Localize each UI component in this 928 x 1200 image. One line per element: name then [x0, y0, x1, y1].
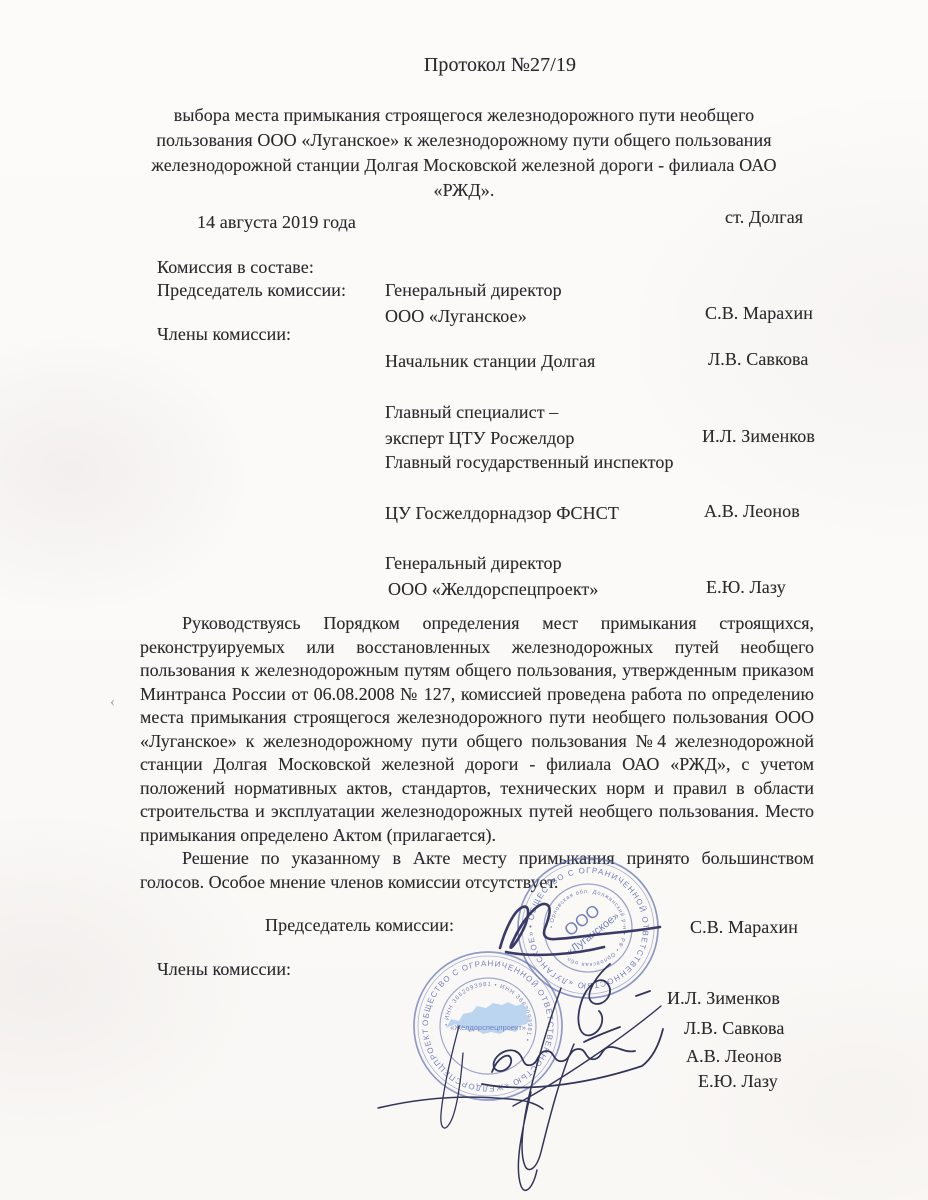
- signature-lazu-horizontal-stroke: [378, 1097, 543, 1109]
- doc-subtitle-line: выбора места примыкания строящегося желе…: [134, 103, 794, 128]
- doc-title: Протокол №27/19: [72, 54, 928, 77]
- doc-place: ст. Долгая: [725, 207, 803, 228]
- commission-role-line: Главный государственный инспектор: [385, 452, 674, 473]
- signature-member-name: Е.Ю. Лазу: [698, 1071, 778, 1092]
- body-paragraph-2: Решение по указанному в Акте месту примы…: [140, 847, 814, 894]
- commission-role-line: Генеральный директор: [385, 553, 562, 574]
- stamp-inner-circle: [440, 978, 536, 1074]
- commission-role-line: ЦУ Госжелдорнадзор ФСНСТ: [385, 503, 619, 524]
- svg-text:• Орловская обл. Должанский р-: • Орловская обл. Должанский р-н • РФ • О…: [549, 889, 627, 967]
- commission-member-name: А.В. Леонов: [704, 501, 800, 522]
- doc-subtitle-line: пользования ООО «Луганское» к железнодор…: [134, 128, 794, 153]
- signature-member-name: И.Л. Зименков: [667, 988, 780, 1009]
- commission-chairman-label: Председатель комиссии:: [157, 280, 346, 301]
- signature-chairman-stroke: [500, 904, 660, 955]
- stamp-center-text-1: ООО: [561, 901, 604, 940]
- commission-role-line: ООО «Желдорспецпроект»: [388, 579, 599, 600]
- doc-date: 14 августа 2019 года: [197, 212, 356, 233]
- commission-role-line: эксперт ЦТУ Росжелдор: [385, 428, 574, 449]
- stamp-outer-circle-2: [418, 956, 558, 1096]
- svg-text:ОБЩЕСТВО С ОГРАНИЧЕННОЙ ОТВЕТС: ОБЩЕСТВО С ОГРАНИЧЕННОЙ ОТВЕТСТВЕННОСТЬЮ…: [421, 959, 555, 1093]
- body-text-block: Руководствуясь Порядком определения мест…: [140, 612, 814, 894]
- commission-member-name: С.В. Марахин: [705, 303, 813, 324]
- commission-member-name: Л.В. Савкова: [708, 349, 809, 370]
- russia-map-silhouette: [446, 1002, 530, 1034]
- commission-intro: Комиссия в составе:: [157, 257, 314, 278]
- commission-role-line: ООО «Луганское»: [385, 306, 527, 327]
- signature-zimenkov-stroke: [578, 964, 650, 1042]
- stamp-center-text-2: «Луганское»: [564, 910, 622, 959]
- stamp-zheldorspecproekt: ОБЩЕСТВО С ОГРАНИЧЕННОЙ ОТВЕТСТВЕННОСТЬЮ…: [414, 952, 562, 1100]
- stamp-inner-ring-text: • Орловская обл. Должанский р-н • РФ • О…: [549, 889, 627, 967]
- signature-member-name: А.В. Леонов: [686, 1046, 782, 1067]
- commission-role-line: Генеральный директор: [385, 280, 562, 301]
- stamp-outer-circle: [414, 952, 562, 1100]
- commission-members-label: Члены комиссии:: [157, 324, 291, 345]
- signature-savkova-stroke: [513, 1006, 661, 1106]
- doc-subtitle-line: железнодорожной станции Долгая Московско…: [134, 153, 794, 178]
- commission-role-line: Главный специалист –: [385, 402, 558, 423]
- signature-leonov-stroke: [482, 1029, 663, 1087]
- body-paragraph-1: Руководствуясь Порядком определения мест…: [140, 612, 814, 847]
- stamp-center-text: «Желдорспецпроект»: [450, 1023, 526, 1032]
- scanned-document-page: Протокол №27/19 выбора места примыкания …: [0, 0, 928, 1200]
- commission-member-name: И.Л. Зименков: [702, 426, 815, 447]
- stamp-inner-ring-text: • ИНН 3662093981 • ИНН 3662093981 •: [444, 982, 532, 1042]
- svg-text:• ИНН 3662093981 • ИНН 3662093: • ИНН 3662093981 • ИНН 3662093981 •: [444, 982, 532, 1042]
- signature-lazu-descender-stroke: [518, 988, 574, 1190]
- handwritten-signatures: [378, 904, 663, 1190]
- signature-thin-vertical-stroke: [441, 1026, 463, 1128]
- signature-members-label: Члены комиссии:: [157, 959, 291, 980]
- commission-member-name: Е.Ю. Лазу: [706, 577, 786, 598]
- scan-artifact-mark: ‹: [110, 694, 115, 711]
- stamp-inner-circle: [544, 884, 632, 972]
- signature-member-name: Л.В. Савкова: [684, 1018, 785, 1039]
- signature-chairman-label: Председатель комиссии:: [265, 915, 454, 936]
- signature-chairman-name: С.В. Марахин: [690, 917, 798, 938]
- doc-subtitle-line: «РЖД».: [134, 178, 794, 203]
- stamp-outer-ring-text: ОБЩЕСТВО С ОГРАНИЧЕННОЙ ОТВЕТСТВЕННОСТЬЮ…: [421, 959, 555, 1093]
- commission-role-line: Начальник станции Долгая: [385, 351, 595, 372]
